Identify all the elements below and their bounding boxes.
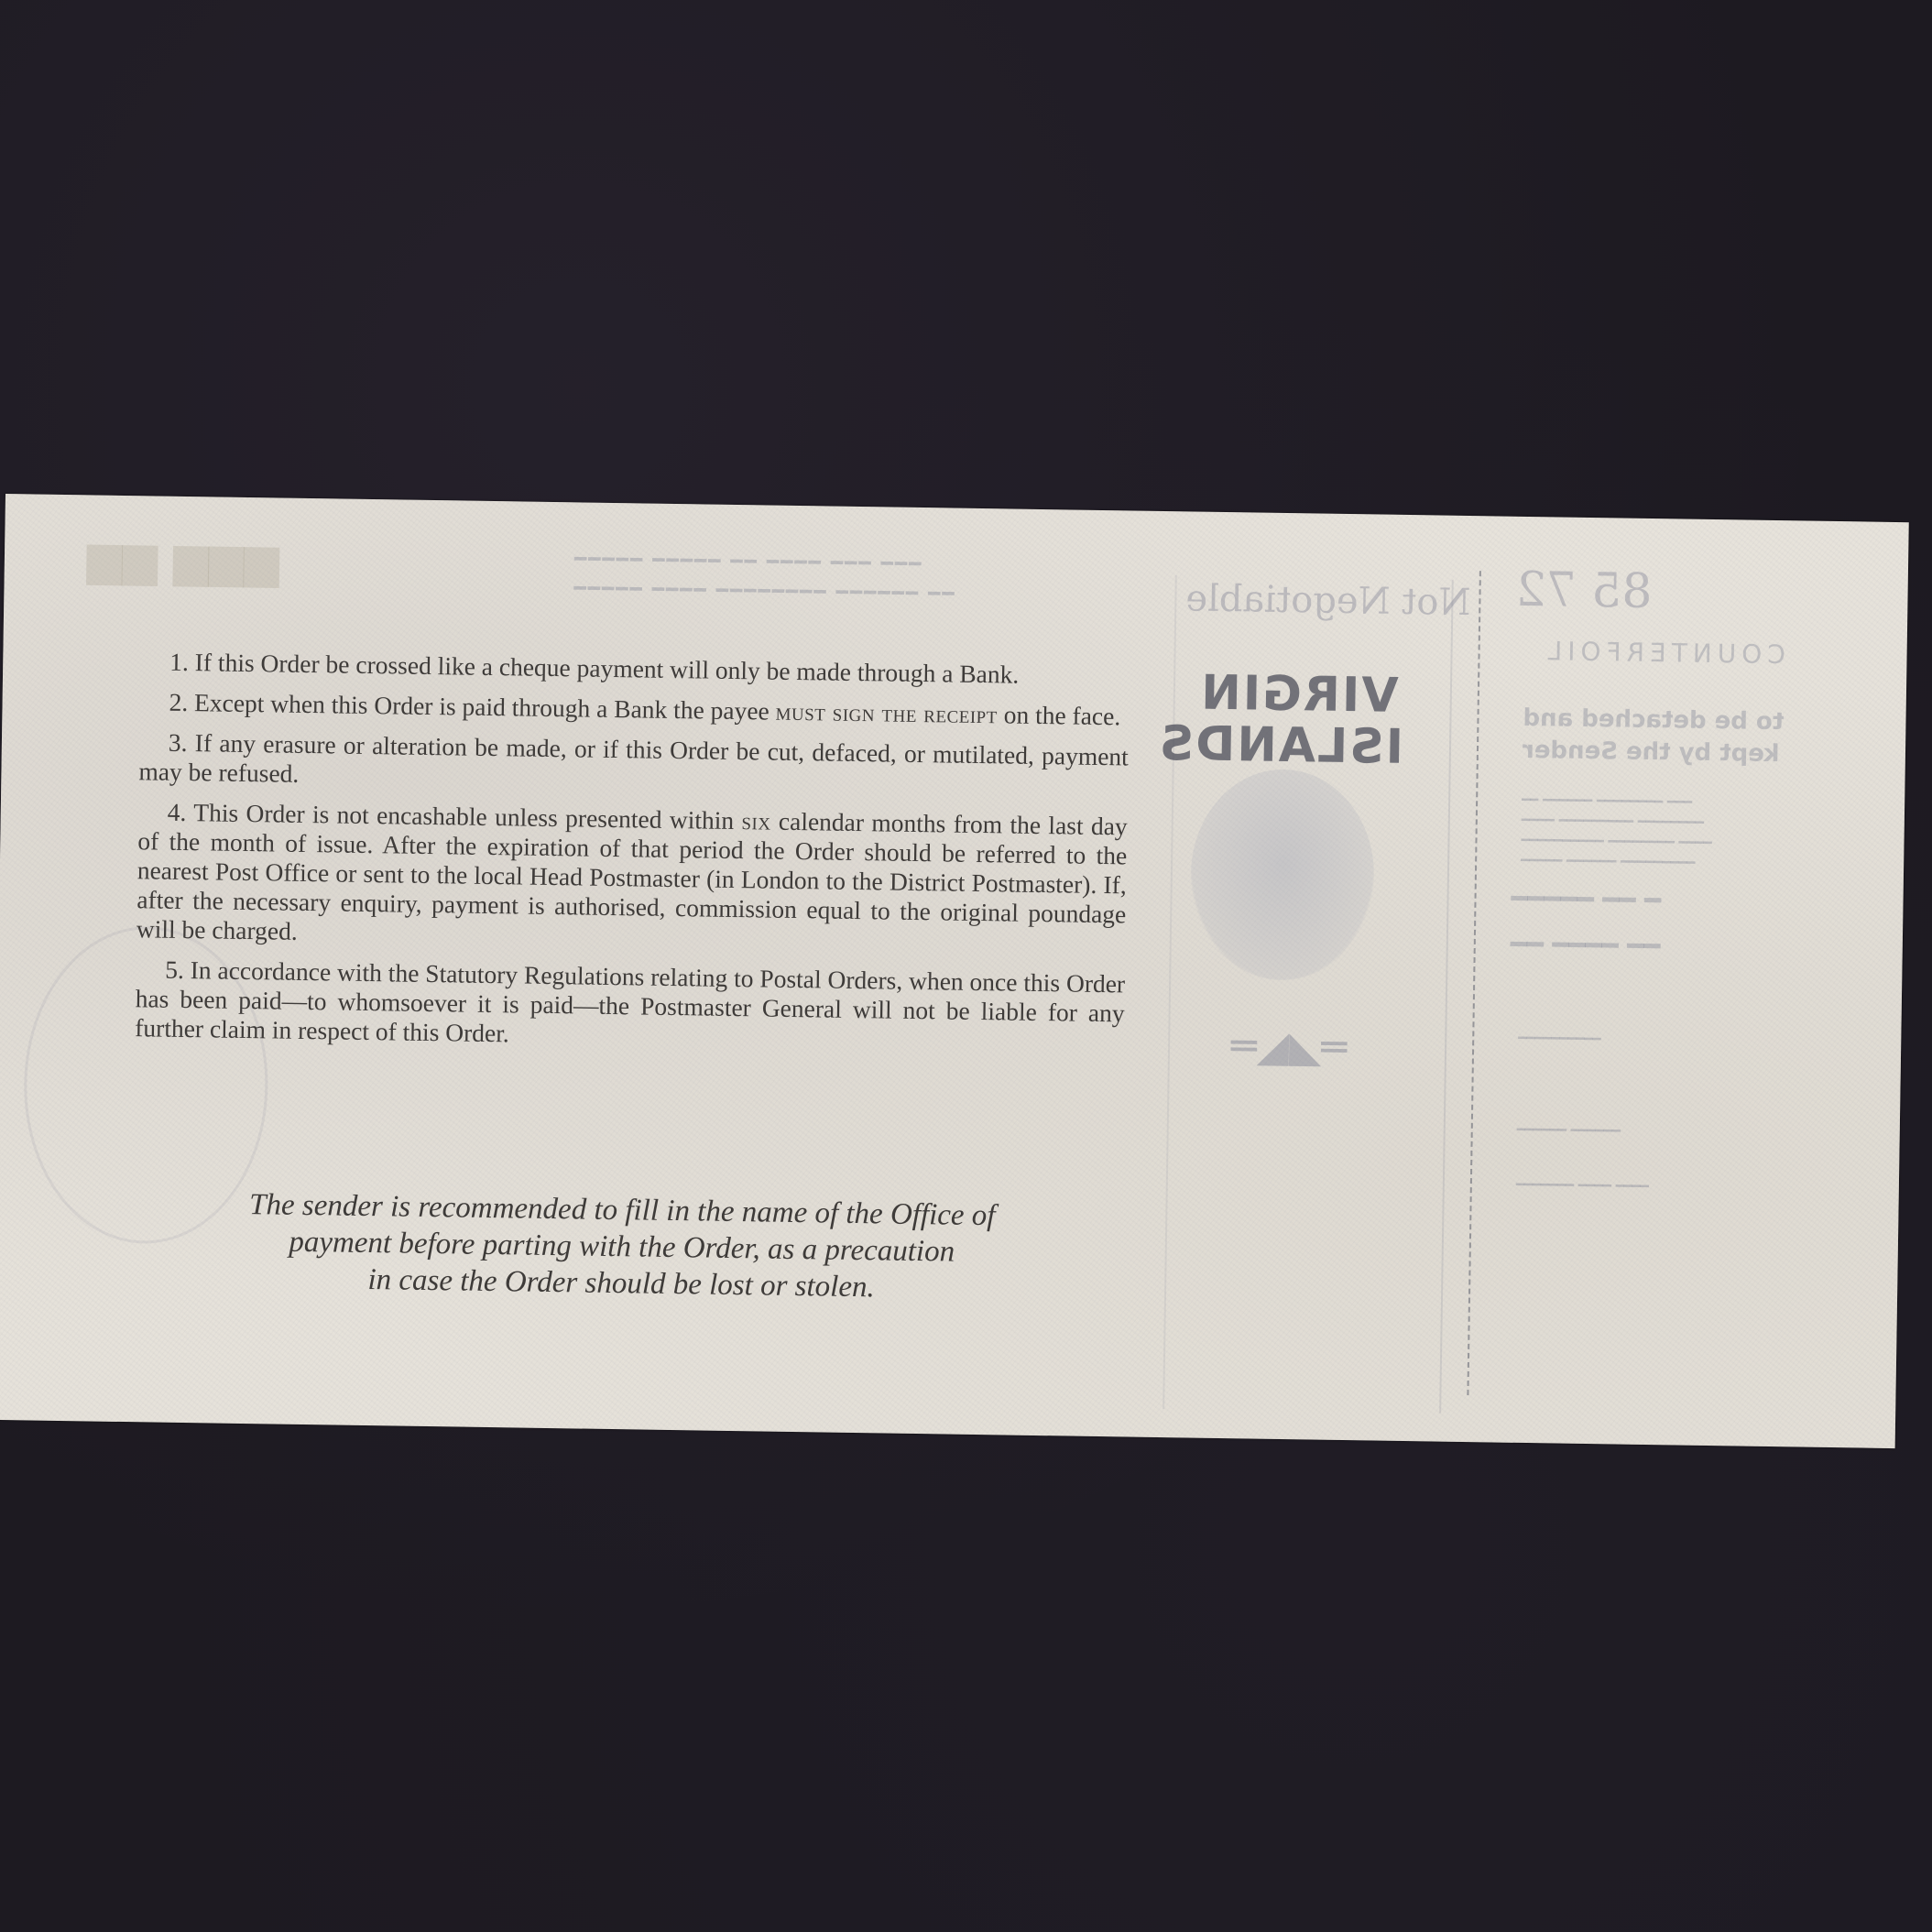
condition-text: If this Order be crossed like a cheque p… bbox=[195, 648, 1020, 688]
overprint-line-1: VIRGIN bbox=[1193, 667, 1404, 721]
counterfoil-value-ghost-2: ━━ ━━━━ ━━ bbox=[1511, 929, 1661, 963]
postal-order-paper: ▆▆▆ ▆▆ ━━━ ━━━ ━━━━ ━━ ━━━━━ ━━━━━ ━━ ━━… bbox=[0, 494, 1909, 1448]
counterfoil-perforation bbox=[1467, 571, 1481, 1395]
header-ghost-line-2: ━━ ━━━━━━ ━━━━━━━━ ━━━━ ━━━━━ bbox=[572, 577, 954, 606]
condition-number: 2. bbox=[169, 688, 188, 716]
condition-emphasis: SIX bbox=[741, 806, 771, 835]
condition-text: on the face. bbox=[998, 700, 1121, 730]
sender-recommendation-note: The sender is recommended to fill in the… bbox=[122, 1184, 1122, 1309]
virgin-islands-overprint: VIRGIN ISLANDS bbox=[1193, 667, 1405, 772]
counterfoil-field-ghost: ━━━━ ━━━━ ━━━━━━━ bbox=[1516, 1176, 1649, 1195]
counterfoil-fine-print-ghost: ━━━━━━━━ ━━━━━━━━━ ━━━━ bbox=[1522, 812, 1704, 831]
serial-number-ghost-left: ▆▆▆ ▆▆ bbox=[87, 531, 280, 587]
condition-text: If any erasure or alteration be made, or… bbox=[138, 728, 1129, 788]
condition-3: 3. If any erasure or alteration be made,… bbox=[138, 727, 1129, 801]
counterfoil-instruction-ghost-2: kept by the Sender bbox=[1523, 737, 1780, 768]
counterfoil-fine-print-ghost: ━━━━━━━━━ ━━━━━━ ━━━━━ bbox=[1521, 852, 1695, 871]
header-ghost-line-1: ━━━ ━━━ ━━━━ ━━ ━━━━━ ━━━━━ bbox=[573, 548, 922, 576]
overprint-line-2: ISLANDS bbox=[1193, 718, 1404, 772]
counterfoil-fine-print-ghost: ━━━━ ━━━━━━━━ ━━━━━━━━━━ bbox=[1521, 832, 1711, 851]
condition-number: 1. bbox=[169, 648, 189, 676]
condition-number: 4. bbox=[168, 798, 187, 826]
counterfoil-value-ghost: ━ ━━ ━━━━━ bbox=[1511, 883, 1661, 917]
counterfoil-fine-print-ghost: ━━━ ━━━━━━━━ ━━━━━━ ━━ bbox=[1522, 791, 1692, 811]
condition-1: 1. If this Order be crossed like a chequ… bbox=[140, 647, 1130, 691]
counterfoil-title-ghost: COUNTERFOIL bbox=[1542, 636, 1785, 670]
stamp-value-ghost: ═◢◣═ bbox=[1161, 1020, 1418, 1069]
conditions-list: 1. If this Order be crossed like a chequ… bbox=[135, 647, 1130, 1068]
counterfoil-field-ghost: ━━━━━━ ━━━━━━ bbox=[1517, 1121, 1621, 1140]
condition-4: 4. This Order is not encashable unless p… bbox=[136, 797, 1128, 958]
condition-2: 2. Except when this Order is paid throug… bbox=[139, 687, 1129, 731]
condition-number: 5. bbox=[165, 955, 184, 984]
condition-number: 3. bbox=[169, 728, 188, 757]
serial-number-ghost-right: 85 72 bbox=[1515, 562, 1653, 619]
condition-text: Except when this Order is paid through a… bbox=[194, 688, 776, 726]
condition-emphasis: MUST SIGN THE RECEIPT bbox=[775, 697, 998, 729]
counterfoil-field-ghost: ━━━━━━━━━━ bbox=[1518, 1030, 1601, 1047]
counterfoil-instruction-ghost-1: to be detached and bbox=[1523, 704, 1784, 736]
condition-5: 5. In accordance with the Statutory Regu… bbox=[135, 955, 1125, 1057]
condition-text: In accordance with the Statutory Regulat… bbox=[135, 955, 1125, 1047]
